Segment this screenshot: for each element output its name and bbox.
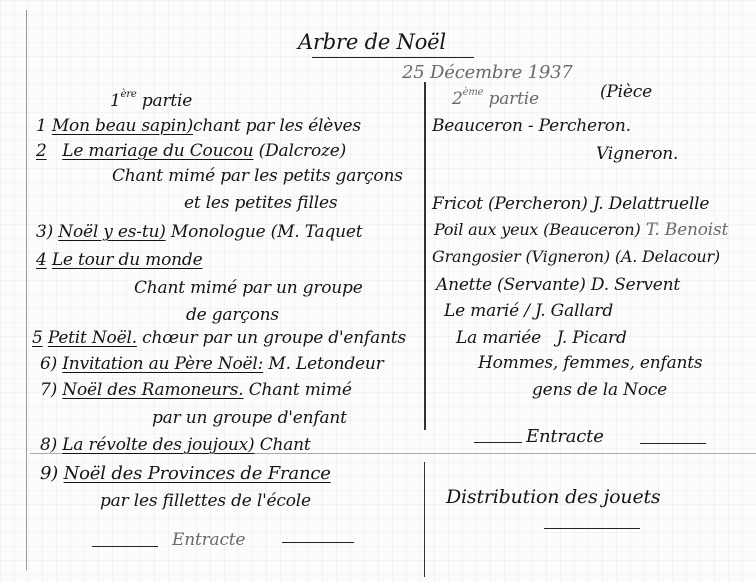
column-divider bbox=[424, 82, 426, 430]
cast-actor: J. Gallard bbox=[535, 301, 613, 321]
item-detail: M. Letondeur bbox=[268, 354, 383, 374]
item-title: Le mariage du Coucou bbox=[62, 141, 253, 161]
part2-sup: ème bbox=[463, 87, 484, 98]
distribution-text: Distribution des jouets bbox=[446, 486, 660, 508]
item-continuation: et les petites filles bbox=[184, 193, 337, 213]
item-number: 6) bbox=[40, 354, 57, 374]
program-item-4-line2: Chant mimé par un groupe bbox=[134, 280, 363, 297]
part2-entracte: Entracte bbox=[526, 428, 604, 446]
item-detail: Chant bbox=[260, 435, 311, 455]
program-item-7-line2: par un groupe d'enfant bbox=[152, 410, 347, 427]
cast-row-4: Anette (Servante) D. Servent bbox=[436, 277, 680, 294]
item-title: Noël y es-tu) bbox=[58, 222, 165, 242]
program-item-7: 7) Noël des Ramoneurs. Chant mimé bbox=[40, 382, 352, 399]
item-title: La révolte des joujoux) bbox=[62, 435, 254, 455]
item-title: Le tour du monde bbox=[52, 250, 203, 270]
program-item-9-line2: par les fillettes de l'école bbox=[100, 493, 311, 510]
item-title: Mon beau sapin) bbox=[52, 116, 193, 136]
part1-entracte: Entracte bbox=[172, 532, 245, 549]
date-text: 25 Décembre 1937 bbox=[402, 62, 573, 83]
part1-sup: ère bbox=[121, 89, 137, 100]
item-number: 1 bbox=[36, 116, 47, 136]
program-item-5: 5 Petit Noël. chœur par un groupe d'enfa… bbox=[32, 330, 406, 347]
extras-text-2: gens de la Noce bbox=[532, 380, 667, 400]
extras-text: Hommes, femmes, enfants bbox=[478, 353, 702, 373]
item-continuation: de garçons bbox=[186, 305, 279, 325]
margin-rule bbox=[26, 10, 27, 570]
program-item-3: 3) Noël y es-tu) Monologue (M. Taquet bbox=[36, 224, 362, 241]
entracte-dash-right bbox=[282, 542, 354, 543]
item-number: 5 bbox=[32, 328, 43, 348]
entracte-dash-left bbox=[92, 546, 158, 547]
page-title: Arbre de Noël bbox=[298, 32, 446, 53]
item-continuation: par un groupe d'enfant bbox=[152, 408, 347, 428]
cast-role: Poil aux yeux (Beauceron) bbox=[434, 220, 641, 239]
program-item-2-line2: Chant mimé par les petits garçons bbox=[112, 168, 403, 185]
cast-actor: T. Benoist bbox=[646, 220, 728, 240]
cast-actor: D. Servent bbox=[591, 275, 680, 295]
entracte2-text: Entracte bbox=[526, 426, 604, 447]
part1-heading: 1ère partie bbox=[110, 90, 192, 110]
item-number: 8) bbox=[40, 435, 57, 455]
column-divider-lower bbox=[424, 462, 425, 577]
piece-title-text: Beauceron - Percheron. bbox=[432, 116, 631, 136]
title-text: Arbre de Noël bbox=[298, 30, 446, 54]
part2-number: 2 bbox=[452, 89, 463, 109]
item-continuation: Chant mimé par un groupe bbox=[134, 278, 363, 298]
item-number: 3) bbox=[36, 222, 53, 242]
cast-role: Grangosier (Vigneron) bbox=[432, 247, 610, 266]
distribution-underline bbox=[544, 528, 640, 529]
extras-line1: Hommes, femmes, enfants bbox=[478, 355, 702, 372]
distribution-line: Distribution des jouets bbox=[446, 488, 660, 507]
cast-role: La mariée bbox=[456, 328, 541, 348]
program-item-4-line3: de garçons bbox=[186, 307, 279, 324]
entracte-text: Entracte bbox=[172, 530, 245, 550]
program-item-2: 2 Le mariage du Coucou (Dalcroze) bbox=[36, 143, 346, 160]
item-number: 4 bbox=[36, 250, 47, 270]
program-item-9: 9) Noël des Provinces de France bbox=[40, 465, 331, 483]
cast-role: Le marié bbox=[444, 301, 519, 321]
cast-role: Fricot (Percheron) bbox=[432, 194, 588, 214]
part1-number: 1 bbox=[110, 91, 121, 111]
cast-role: Anette (Servante) bbox=[436, 275, 586, 295]
entracte2-dash-right bbox=[640, 443, 706, 444]
part1-word: partie bbox=[142, 91, 192, 111]
piece-label: (Pièce bbox=[600, 84, 652, 101]
cast-actor: J. Delattruelle bbox=[593, 194, 709, 214]
cast-row-3: Grangosier (Vigneron) (A. Delacour) bbox=[432, 249, 720, 265]
event-date: 25 Décembre 1937 bbox=[402, 64, 573, 82]
item-title: Invitation au Père Noël: bbox=[62, 354, 263, 374]
entracte2-dash-left bbox=[474, 442, 522, 443]
item-detail: Monologue (M. Taquet bbox=[171, 222, 363, 242]
item-detail: Chant mimé bbox=[249, 380, 352, 400]
part2-word: partie bbox=[489, 89, 539, 109]
program-item-1: 1 Mon beau sapin)chant par les élèves bbox=[36, 118, 361, 135]
item-title: Noël des Provinces de France bbox=[64, 463, 331, 484]
part2-heading: 2ème partie bbox=[452, 88, 539, 108]
cast-row-5: Le marié / J. Gallard bbox=[444, 303, 613, 320]
piece-title-line1: Beauceron - Percheron. bbox=[432, 118, 631, 135]
piece-title-line2: Vigneron. bbox=[596, 146, 678, 163]
cast-row-2: Poil aux yeux (Beauceron) T. Benoist bbox=[434, 222, 728, 239]
item-number: 7) bbox=[40, 380, 57, 400]
extras-line2: gens de la Noce bbox=[532, 382, 667, 399]
cast-row-1: Fricot (Percheron) J. Delattruelle bbox=[432, 196, 709, 213]
item-number: 9) bbox=[40, 463, 58, 484]
program-item-6: 6) Invitation au Père Noël: M. Letondeur bbox=[40, 356, 384, 373]
cast-actor: (A. Delacour) bbox=[615, 247, 720, 266]
program-item-2-line3: et les petites filles bbox=[184, 195, 337, 212]
item-detail: chant par les élèves bbox=[193, 116, 361, 136]
item-title: Petit Noël. bbox=[48, 328, 137, 348]
scanned-handwritten-page: Arbre de Noël 25 Décembre 1937 1ère part… bbox=[0, 0, 756, 582]
program-item-8: 8) La révolte des joujoux) Chant bbox=[40, 437, 311, 454]
item-detail: (Dalcroze) bbox=[259, 141, 346, 161]
piece-title-text-2: Vigneron. bbox=[596, 144, 678, 164]
item-continuation: par les fillettes de l'école bbox=[100, 491, 311, 511]
cast-row-6: La mariée J. Picard bbox=[456, 330, 627, 347]
item-continuation: Chant mimé par les petits garçons bbox=[112, 166, 403, 186]
title-underline bbox=[312, 57, 474, 58]
item-detail: chœur par un groupe d'enfants bbox=[142, 328, 406, 348]
piece-label-text: (Pièce bbox=[600, 82, 652, 102]
program-item-4: 4 Le tour du monde bbox=[36, 252, 202, 269]
cast-actor: J. Picard bbox=[557, 328, 627, 348]
item-title: Noël des Ramoneurs. bbox=[62, 380, 243, 400]
item-number: 2 bbox=[36, 141, 47, 161]
